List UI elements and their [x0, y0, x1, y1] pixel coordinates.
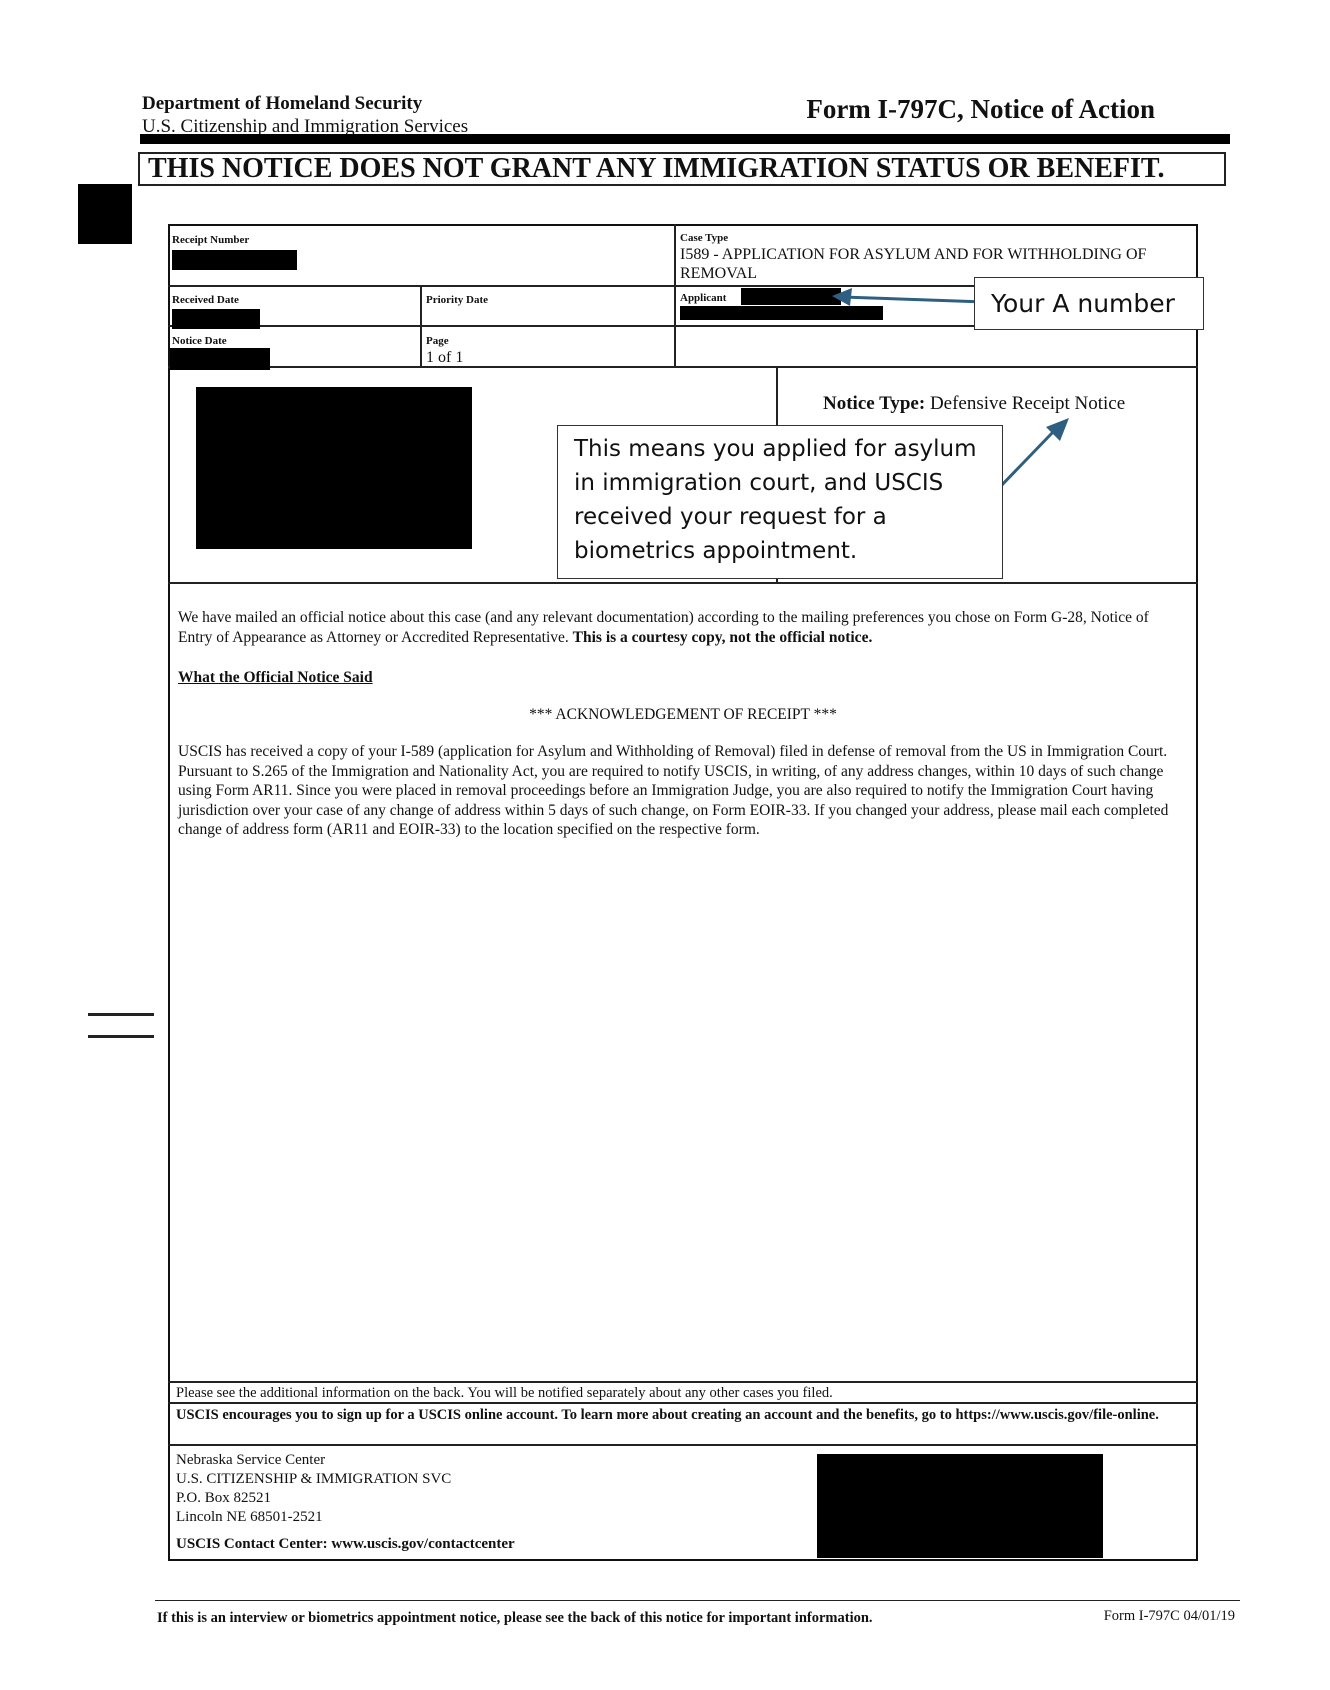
notice-type-callout: This means you applied for asylum in imm…	[557, 425, 1003, 579]
online-account-text: USCIS encourages you to sign up for a US…	[176, 1405, 1176, 1425]
received-date-label: Received Date	[172, 294, 239, 306]
address-redacted	[196, 387, 472, 549]
priority-date-label: Priority Date	[426, 294, 488, 306]
fold-mark	[88, 1013, 154, 1016]
notice-type-label: Notice Type:	[823, 393, 925, 414]
agency-line: U.S. CITIZENSHIP & IMMIGRATION SVC	[176, 1471, 451, 1488]
acknowledgement-heading: *** ACKNOWLEDGEMENT OF RECEIPT ***	[168, 705, 1198, 725]
courtesy-copy-text: This is a courtesy copy, not the officia…	[573, 629, 873, 646]
service-center-line: Nebraska Service Center	[176, 1452, 325, 1469]
a-number-redacted	[741, 288, 841, 305]
case-type-label: Case Type	[680, 232, 728, 244]
grid-line	[674, 224, 676, 366]
mailed-notice-paragraph: We have mailed an official notice about …	[178, 608, 1178, 647]
notice-date-redacted	[170, 348, 270, 370]
form-title: Form I-797C, Notice of Action	[806, 94, 1155, 125]
notice-date-label: Notice Date	[172, 335, 227, 347]
notice-type-value: Defensive Receipt Notice	[930, 393, 1125, 414]
grid-line	[168, 366, 1198, 368]
footer-note: If this is an interview or biometrics ap…	[157, 1610, 873, 1627]
receipt-number-redacted	[172, 250, 297, 270]
grid-line	[168, 582, 1198, 584]
status-disclaimer-banner: THIS NOTICE DOES NOT GRANT ANY IMMIGRATI…	[138, 152, 1226, 186]
fold-mark	[88, 1035, 154, 1038]
barcode-redacted	[817, 1454, 1103, 1558]
redaction-mark	[78, 184, 132, 244]
header-rule	[140, 134, 1230, 144]
received-date-redacted	[172, 309, 260, 329]
department-name: Department of Homeland Security	[142, 93, 422, 115]
notice-body-text: USCIS has received a copy of your I-589 …	[178, 742, 1178, 840]
grid-line	[168, 1402, 1198, 1404]
grid-line	[168, 1444, 1198, 1446]
receipt-number-label: Receipt Number	[172, 234, 249, 246]
form-edition: Form I-797C 04/01/19	[1104, 1608, 1235, 1625]
additional-info-text: Please see the additional information on…	[176, 1385, 833, 1402]
page-value: 1 of 1	[426, 349, 463, 367]
grid-line	[420, 285, 422, 366]
a-number-callout: Your A number	[974, 277, 1204, 330]
page-label: Page	[426, 335, 449, 347]
section-heading: What the Official Notice Said	[178, 668, 1178, 688]
applicant-label: Applicant	[680, 292, 726, 304]
footer-rule	[155, 1600, 1240, 1601]
grid-line	[168, 1381, 1198, 1383]
arrow-icon	[830, 280, 990, 310]
notice-type: Notice Type: Defensive Receipt Notice	[823, 393, 1125, 415]
contact-center-line: USCIS Contact Center: www.uscis.gov/cont…	[176, 1536, 515, 1553]
city-line: Lincoln NE 68501-2521	[176, 1509, 323, 1526]
arrow-icon	[994, 415, 1074, 493]
po-box-line: P.O. Box 82521	[176, 1490, 271, 1507]
